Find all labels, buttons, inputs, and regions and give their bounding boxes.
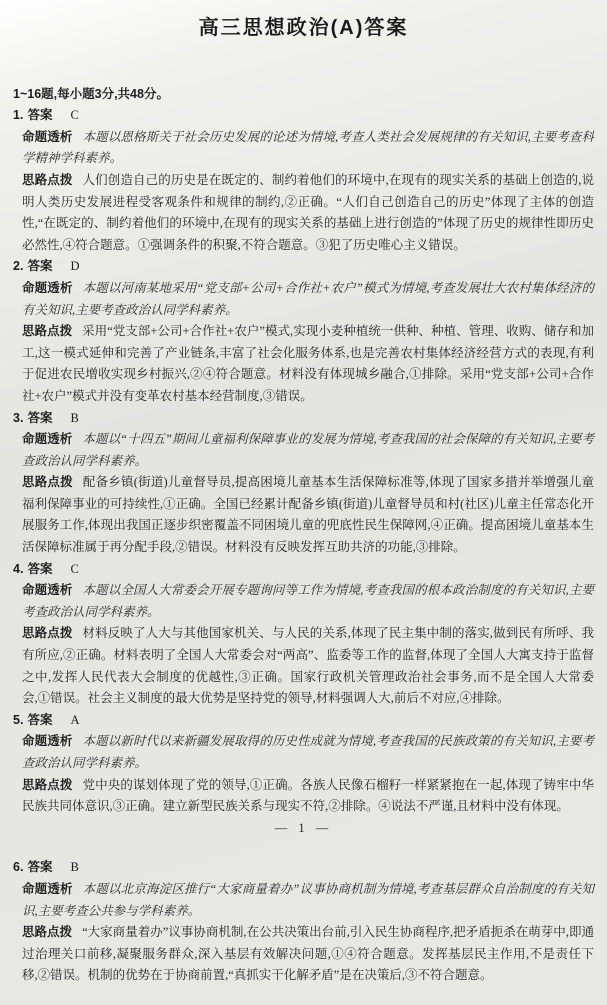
answer-value: C [70, 562, 78, 576]
tips-label: 思路点拨 [22, 778, 83, 792]
tips-paragraph: 思路点拨配备乡镇(街道)儿童督导员,提高困境儿童基本生活保障标准等,体现了国家多… [22, 472, 594, 558]
answer-line: 4.答案C [13, 559, 594, 581]
analysis-text: 本题以新时代以来新疆发展取得的历史性成就为情境,考查我国的民族政策的有关知识,主… [22, 734, 594, 770]
tips-paragraph: 思路点拨党中央的谋划体现了党的领导,①正确。各族人民像石榴籽一样紧紧抱在一起,体… [22, 775, 594, 818]
question-item: 1.答案C 命题透析本题以恩格斯关于社会历史发展的论述为情境,考查人类社会发展规… [13, 105, 594, 256]
answer-value: B [70, 411, 78, 425]
tips-paragraph: 思路点拨采用“党支部+公司+合作社+农户”模式,实现小麦种植统一供种、种植、管理… [22, 321, 594, 407]
question-number: 3. [13, 411, 23, 425]
tips-label: 思路点拨 [22, 173, 83, 187]
analysis-text: 本题以河南某地采用“党支部+公司+合作社+农户”模式为情境,考查发展壮大农村集体… [22, 281, 594, 317]
answer-value: B [70, 860, 78, 874]
question-item: 4.答案C 命题透析本题以全国人大常委会开展专题询问等工作为情境,考查我国的根本… [13, 559, 594, 710]
scoring-note: 1~16题,每小题3分,共48分。 [13, 84, 594, 106]
question-number: 1. [13, 108, 23, 122]
tips-text: 采用“党支部+公司+合作社+农户”模式,实现小麦种植统一供种、种植、管理、收购、… [22, 324, 594, 403]
analysis-label: 命题透析 [22, 734, 83, 748]
analysis-text: 本题以恩格斯关于社会历史发展的论述为情境,考查人类社会发展规律的有关知识,主要考… [22, 130, 594, 166]
question-item: 2.答案D 命题透析本题以河南某地采用“党支部+公司+合作社+农户”模式为情境,… [13, 256, 594, 407]
answer-label: 答案 [27, 860, 52, 874]
answer-line: 3.答案B [13, 408, 594, 430]
scanned-answer-page: 高三思想政治(A)答案 1~16题,每小题3分,共48分。 1.答案C 命题透析… [0, 0, 607, 1005]
analysis-paragraph: 命题透析本题以“十四五”期间儿童福利保障事业的发展为情境,考查我国的社会保障的有… [22, 429, 594, 472]
answer-label: 答案 [27, 108, 52, 122]
tips-label: 思路点拨 [22, 925, 82, 939]
analysis-paragraph: 命题透析本题以河南某地采用“党支部+公司+合作社+农户”模式为情境,考查发展壮大… [22, 278, 594, 321]
question-number: 4. [13, 562, 23, 576]
analysis-paragraph: 命题透析本题以新时代以来新疆发展取得的历史性成就为情境,考查我国的民族政策的有关… [22, 731, 594, 774]
tips-label: 思路点拨 [22, 626, 83, 640]
analysis-text: 本题以“十四五”期间儿童福利保障事业的发展为情境,考查我国的社会保障的有关知识,… [22, 432, 594, 468]
tips-text: 人们创造自己的历史是在既定的、制约着他们的环境中,在现有的现实关系的基础上创造的… [22, 173, 594, 252]
page-title: 高三思想政治(A)答案 [13, 18, 594, 40]
tips-paragraph: 思路点拨材料反映了人大与其他国家机关、与人民的关系,体现了民主集中制的落实,做到… [22, 623, 594, 709]
answer-label: 答案 [27, 411, 52, 425]
analysis-label: 命题透析 [22, 281, 83, 295]
answer-line: 5.答案A [13, 710, 594, 732]
answer-line: 2.答案D [13, 256, 594, 278]
answer-value: A [70, 713, 79, 727]
tips-text: 材料反映了人大与其他国家机关、与人民的关系,体现了民主集中制的落实,做到民有所呼… [22, 626, 594, 705]
analysis-label: 命题透析 [22, 583, 83, 597]
analysis-paragraph: 命题透析本题以北京海淀区推行“大家商量着办”议事协商机制为情境,考查基层群众自治… [22, 879, 594, 922]
question-item: 5.答案A 命题透析本题以新时代以来新疆发展取得的历史性成就为情境,考查我国的民… [13, 710, 594, 818]
page-break-gap [13, 839, 594, 857]
tips-label: 思路点拨 [22, 324, 82, 338]
question-number: 2. [13, 259, 23, 273]
answer-line: 6.答案B [13, 857, 594, 879]
question-number: 6. [13, 860, 23, 874]
tips-text: “大家商量着办”议事协商机制,在公共决策出台前,引入民生协商程序,把矛盾扼杀在萌… [22, 925, 594, 982]
analysis-label: 命题透析 [22, 130, 83, 144]
question-number: 5. [13, 713, 23, 727]
tips-paragraph: 思路点拨“大家商量着办”议事协商机制,在公共决策出台前,引入民生协商程序,把矛盾… [22, 922, 594, 987]
answer-value: C [70, 108, 78, 122]
question-item: 3.答案B 命题透析本题以“十四五”期间儿童福利保障事业的发展为情境,考查我国的… [13, 408, 594, 559]
tips-text: 配备乡镇(街道)儿童督导员,提高困境儿童基本生活保障标准等,体现了国家多措并举增… [22, 475, 594, 554]
analysis-label: 命题透析 [22, 432, 82, 446]
analysis-text: 本题以北京海淀区推行“大家商量着办”议事协商机制为情境,考查基层群众自治制度的有… [22, 882, 594, 918]
page-number: — 1 — [13, 818, 594, 840]
analysis-label: 命题透析 [22, 882, 83, 896]
analysis-paragraph: 命题透析本题以恩格斯关于社会历史发展的论述为情境,考查人类社会发展规律的有关知识… [22, 127, 594, 170]
answer-label: 答案 [27, 259, 52, 273]
analysis-text: 本题以全国人大常委会开展专题询问等工作为情境,考查我国的根本政治制度的有关知识,… [22, 583, 594, 619]
answer-line: 1.答案C [13, 105, 594, 127]
analysis-paragraph: 命题透析本题以全国人大常委会开展专题询问等工作为情境,考查我国的根本政治制度的有… [22, 580, 594, 623]
question-item: 6.答案B 命题透析本题以北京海淀区推行“大家商量着办”议事协商机制为情境,考查… [13, 857, 594, 987]
answer-label: 答案 [27, 562, 52, 576]
answer-value: D [70, 259, 79, 273]
tips-text: 党中央的谋划体现了党的领导,①正确。各族人民像石榴籽一样紧紧抱在一起,体现了铸牢… [22, 778, 594, 814]
tips-label: 思路点拨 [22, 475, 83, 489]
answer-label: 答案 [27, 713, 52, 727]
tips-paragraph: 思路点拨人们创造自己的历史是在既定的、制约着他们的环境中,在现有的现实关系的基础… [22, 170, 594, 256]
